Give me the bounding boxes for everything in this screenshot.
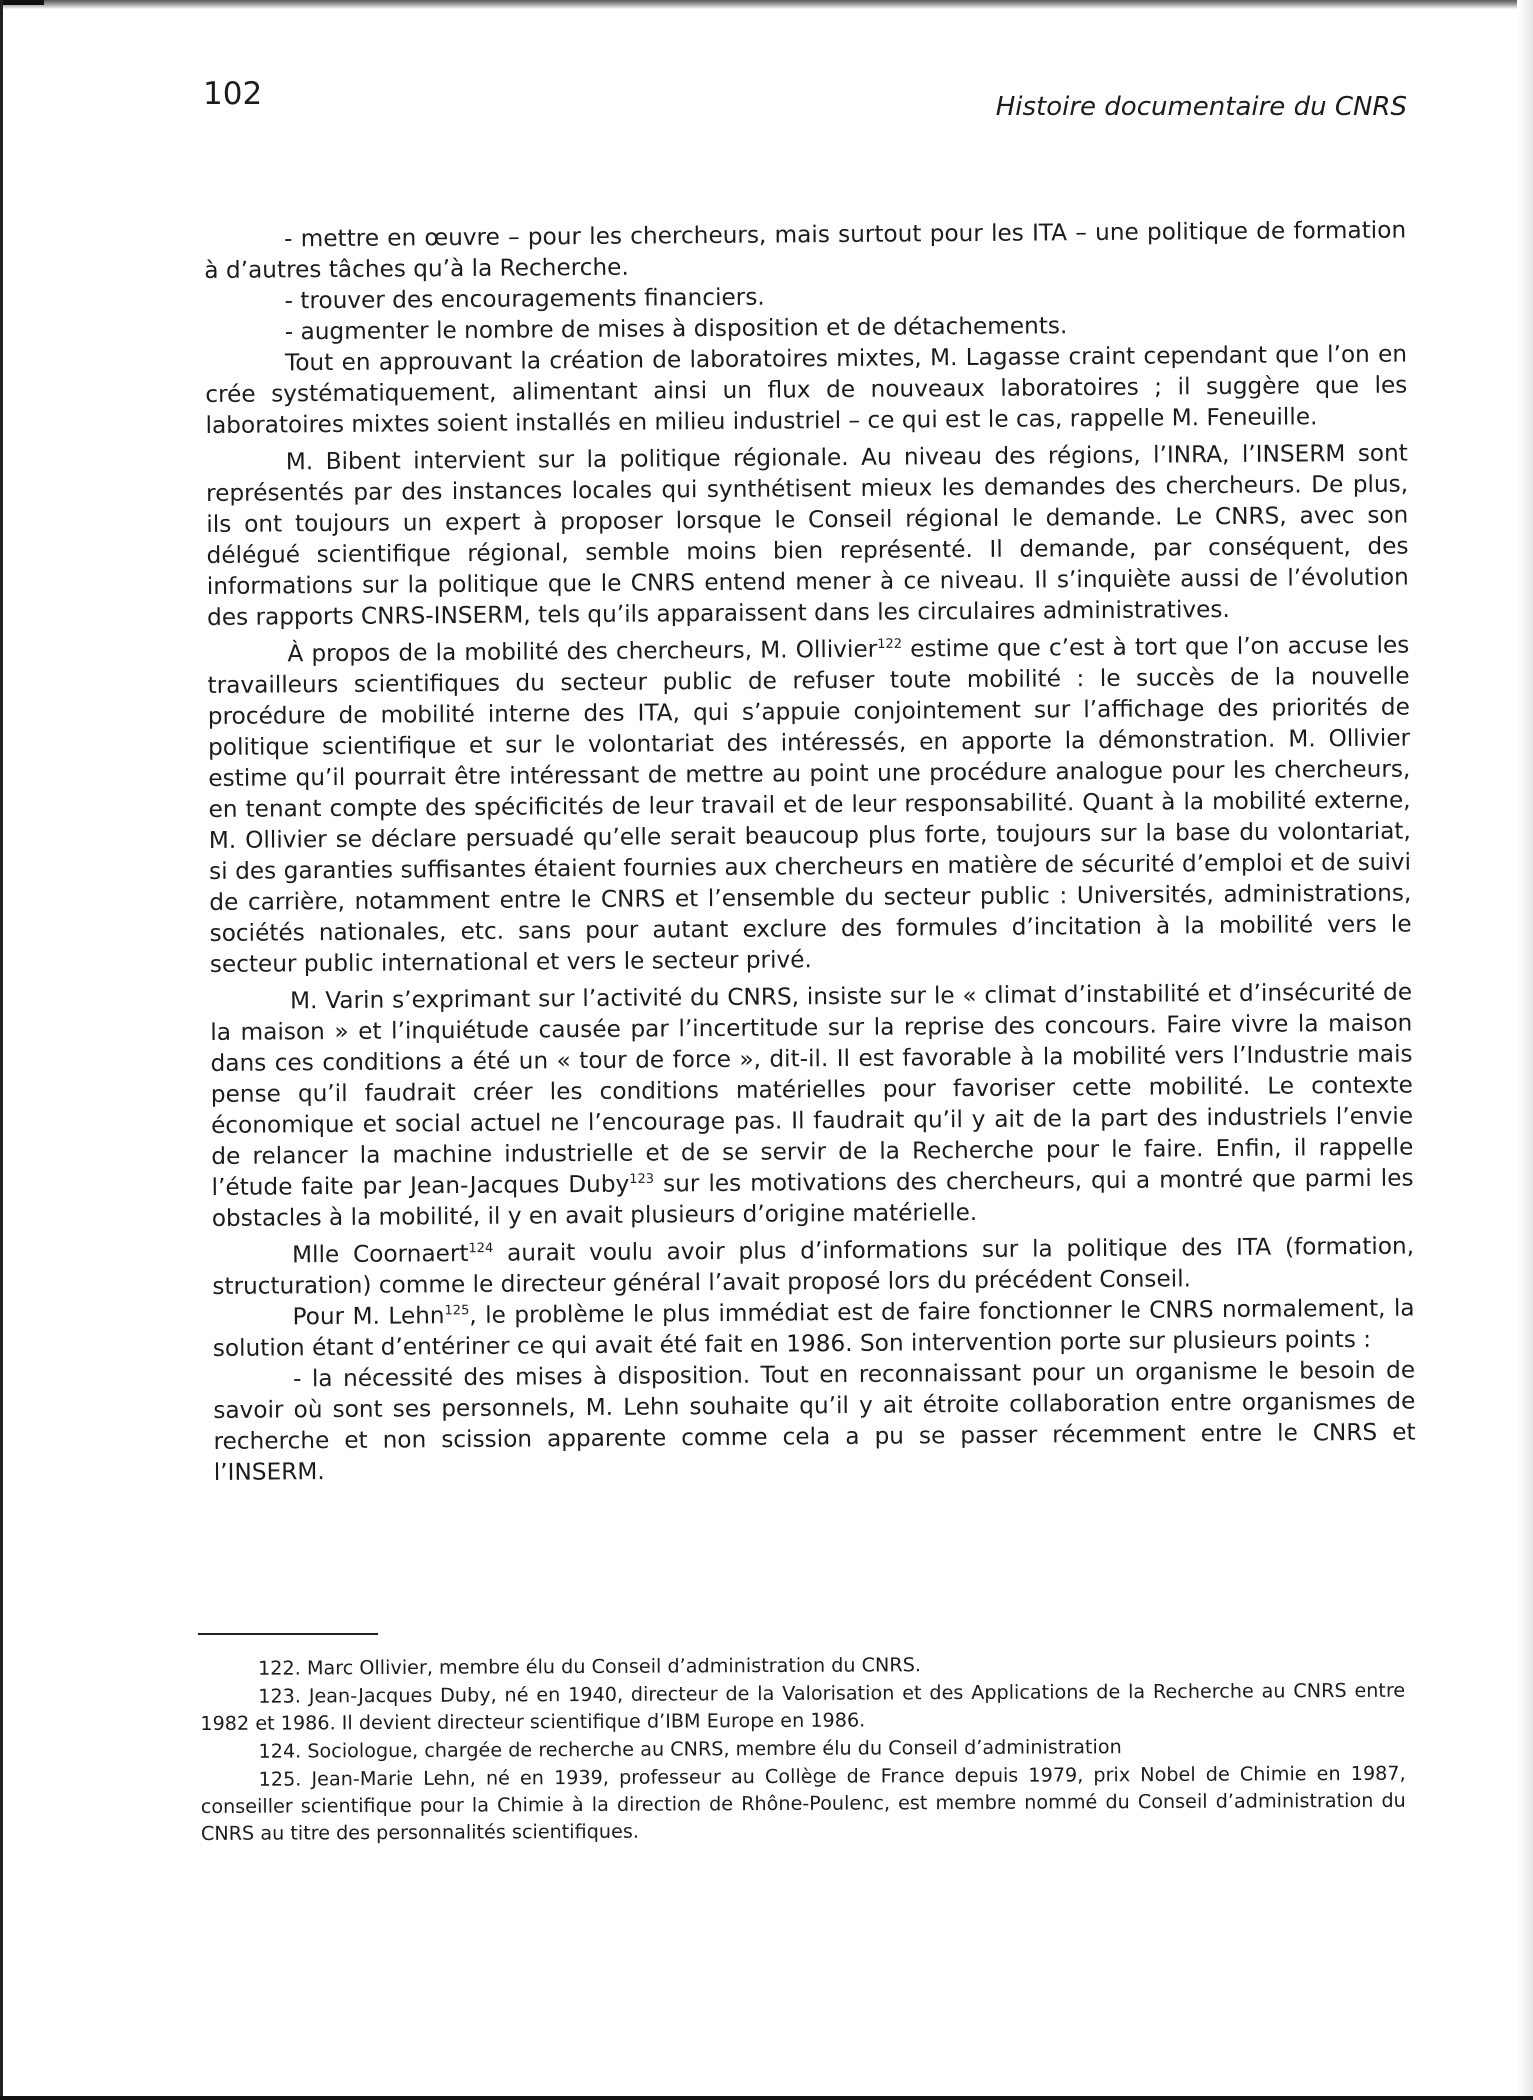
running-title: Histoire documentaire du CNRS (996, 92, 1407, 122)
paragraph-text: À propos de la mobilité des chercheurs, … (287, 636, 877, 668)
footnote-number: 122. (258, 1656, 301, 1679)
footnote-number: 123. (258, 1684, 301, 1707)
paragraph: Mlle Coornaert124 aurait voulu avoir plu… (212, 1231, 1414, 1302)
paragraph: Pour M. Lehn125, le problème le plus imm… (212, 1293, 1414, 1364)
bullet-item: - mettre en œuvre – pour les chercheurs,… (204, 215, 1406, 286)
footnote-divider (198, 1633, 378, 1635)
body-text: - mettre en œuvre – pour les chercheurs,… (204, 215, 1416, 1488)
scan-edge-left (0, 0, 3, 2100)
paragraph: M. Bibent intervient sur la politique ré… (206, 438, 1409, 633)
footnote: 125. Jean-Marie Lehn, né en 1939, profes… (201, 1760, 1406, 1847)
footnote-ref[interactable]: 124 (468, 1241, 493, 1256)
footnote-text: Jean-Jacques Duby, né en 1940, directeur… (200, 1679, 1405, 1735)
footnote-number: 124. (258, 1739, 301, 1762)
page-number: 102 (203, 76, 262, 112)
paragraph-text: estime que c’est à tort que l’on accuse … (208, 632, 1412, 978)
footnote-text: Jean-Marie Lehn, né en 1939, professeur … (201, 1762, 1406, 1845)
footnote-text: Marc Ollivier, membre élu du Conseil d’a… (307, 1653, 921, 1679)
paragraph: M. Varin s’exprimant sur l’activité du C… (210, 977, 1414, 1234)
scan-edge-corner (0, 0, 44, 5)
paragraph: Tout en approuvant la création de labora… (205, 339, 1408, 441)
paragraph: À propos de la mobilité des chercheurs, … (207, 630, 1412, 980)
footnote-ref[interactable]: 125 (444, 1303, 469, 1318)
footnote: 123. Jean-Jacques Duby, né en 1940, dire… (200, 1677, 1405, 1737)
footnote-ref[interactable]: 123 (629, 1172, 654, 1187)
footnotes: 122. Marc Ollivier, membre élu du Consei… (200, 1649, 1406, 1848)
footnote-number: 125. (259, 1767, 302, 1790)
footnote-text: Sociologue, chargée de recherche au CNRS… (307, 1735, 1121, 1762)
scan-edge-right (1517, 0, 1533, 2100)
paragraph-text: Pour M. Lehn (292, 1302, 444, 1330)
bullet-item: - la nécessité des mises à disposition. … (213, 1355, 1416, 1488)
footnote-ref[interactable]: 122 (877, 637, 902, 652)
scan-edge-bottom (0, 2096, 1533, 2100)
scan-edge-top (0, 0, 1533, 9)
paragraph-text: Mlle Coornaert (292, 1240, 469, 1268)
